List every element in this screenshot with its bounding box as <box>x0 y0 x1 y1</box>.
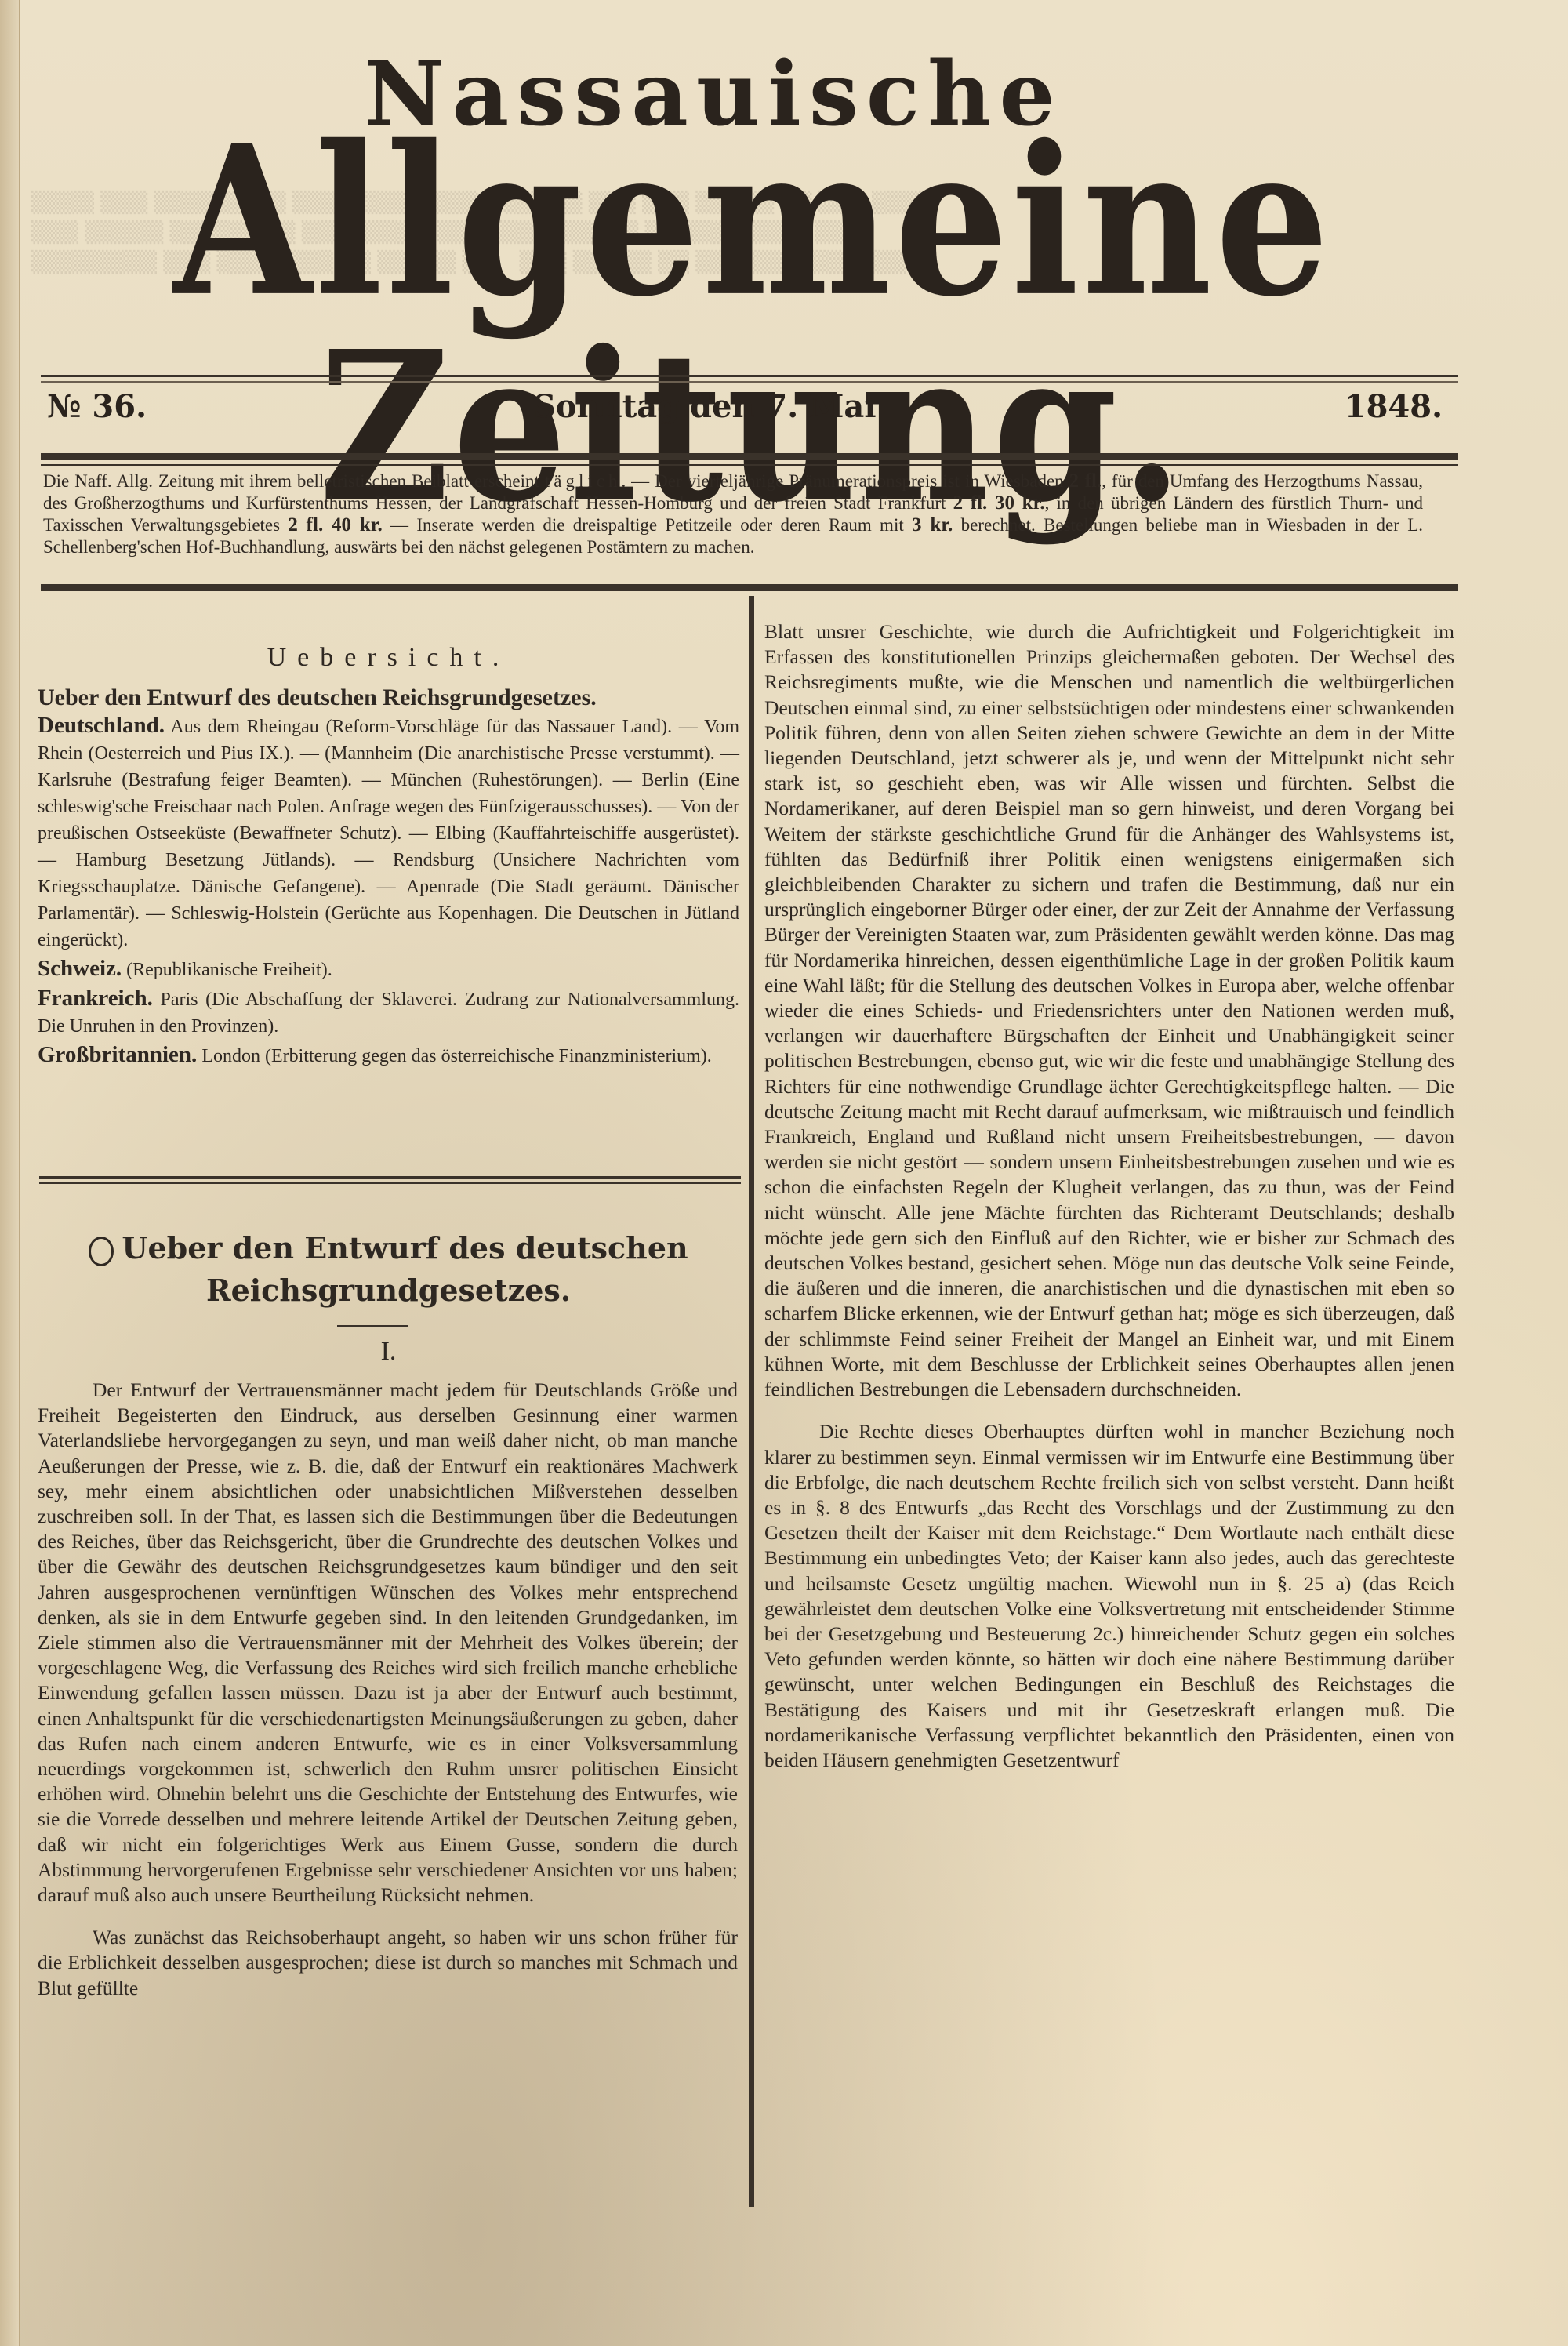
article-paragraph: Was zunächst das Reichsoberhaupt angeht,… <box>38 1925 738 2001</box>
notice-text: Die Naff. Allg. Zeitung mit ihrem bellet… <box>43 471 545 491</box>
overview-rule-1 <box>39 1176 741 1179</box>
price-inserat: 3 kr. <box>912 514 953 536</box>
article-left-column: Der Entwurf der Vertrauensmänner macht j… <box>38 1378 738 2001</box>
issue-year: 1848. <box>1345 388 1443 425</box>
notice-text: . — Der vierteljährige Pränumerationspre… <box>621 471 1069 491</box>
newspaper-page: ▒▒▒▒ ▒▒▒ ▒▒▒▒▒▒ ▒▒ ▒▒▒ ▒▒▒▒ ▒▒▒▒ ▒▒▒▒▒ ▒… <box>0 0 1568 2346</box>
overview-rule-2 <box>39 1182 741 1184</box>
notice-text-spaced: täglich <box>545 471 622 491</box>
issue-number: № 36. <box>47 388 147 425</box>
entry-text: Aus dem Rheingau (Reform-Vorschläge für … <box>38 717 739 950</box>
country-label: Schweiz. <box>38 956 122 981</box>
overview-title: Uebersicht. <box>38 643 739 673</box>
notice-text: — Inserate werden die dreispaltige Petit… <box>383 515 912 535</box>
price-wiesbaden: 2 fl. <box>1069 470 1102 492</box>
overview-section: Uebersicht. Ueber den Entwurf des deutsc… <box>38 627 739 1071</box>
price-other-lands: 2 fl. 40 kr. <box>288 514 382 536</box>
article-paragraph: Der Entwurf der Vertrauensmänner macht j… <box>38 1378 738 1908</box>
country-label: Deutschland. <box>38 713 165 738</box>
masthead-rule-top <box>41 375 1458 377</box>
article-paragraph: Blatt unsrer Geschichte, wie durch die A… <box>764 619 1454 1402</box>
entry-text: (Republikanische Freiheit). <box>126 960 332 980</box>
circle-marker-icon <box>89 1237 114 1266</box>
article-heading-line-2: Reichsgrundgesetzes. <box>206 1273 571 1308</box>
section-number: I. <box>38 1337 739 1367</box>
article-heading: Ueber den Entwurf des deutschen Reichsgr… <box>38 1227 739 1312</box>
price-region: 2 fl. 30 kr. <box>953 492 1045 514</box>
dateline-rule-thick <box>41 453 1458 460</box>
overview-entry-grossbritannien: Großbritannien. London (Erbitterung gege… <box>38 1041 739 1069</box>
dateline: № 36. Sonntag den 7. Mai 1848. <box>47 388 1443 435</box>
overview-entry-deutschland: Deutschland. Aus dem Rheingau (Reform-Vo… <box>38 712 739 953</box>
country-label: Großbritannien. <box>38 1042 197 1067</box>
page-binding-edge <box>0 0 20 2346</box>
column-divider <box>749 596 754 2207</box>
masthead-rule-thin <box>41 381 1458 383</box>
entry-text: London (Erbitterung gegen das österreich… <box>201 1046 711 1066</box>
overview-heading: Ueber den Entwurf des deutschen Reichsgr… <box>38 684 739 712</box>
dateline-rule-thin <box>41 464 1458 466</box>
issue-date: Sonntag den 7. Mai <box>533 388 877 425</box>
notice-rule-bottom <box>41 584 1458 591</box>
article-heading-line-1: Ueber den Entwurf des deutschen <box>122 1230 688 1266</box>
heading-short-rule <box>337 1325 408 1327</box>
article-paragraph: Die Rechte dieses Oberhauptes dürften wo… <box>764 1419 1454 1773</box>
article-right-column: Blatt unsrer Geschichte, wie durch die A… <box>764 619 1454 1773</box>
subscription-notice: Die Naff. Allg. Zeitung mit ihrem bellet… <box>43 470 1423 558</box>
overview-entry-frankreich: Frankreich. Paris (Die Abschaffung der S… <box>38 985 739 1040</box>
country-label: Frankreich. <box>38 986 153 1011</box>
overview-entry-schweiz: Schweiz. (Republikanische Freiheit). <box>38 955 739 983</box>
masthead-title: Allgemeine Zeitung. <box>47 118 1458 529</box>
